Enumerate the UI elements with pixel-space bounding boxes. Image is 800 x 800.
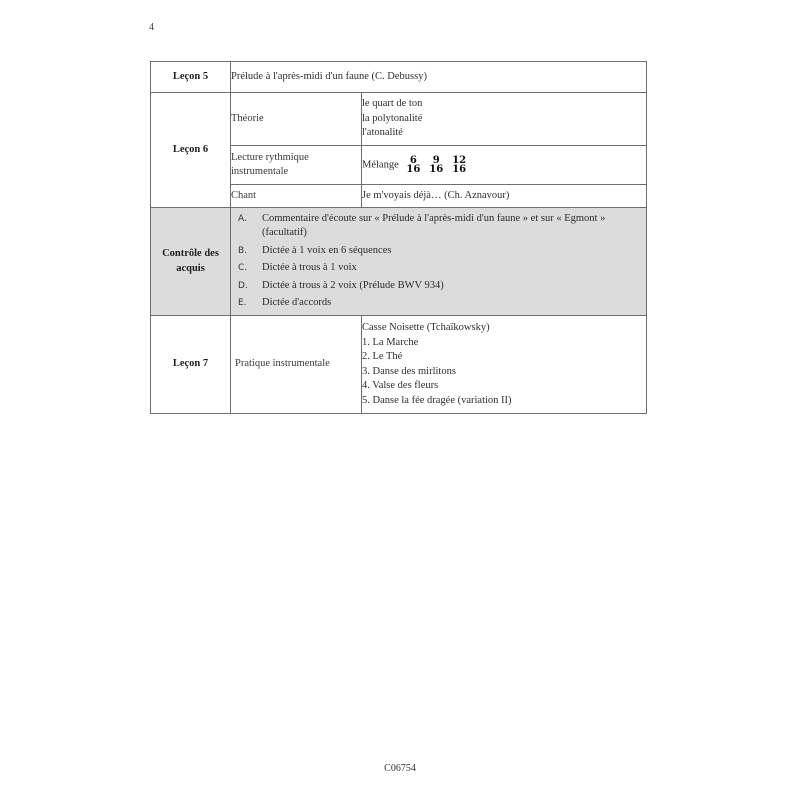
time-signature: 6 16 [406, 156, 420, 174]
time-signatures: 6 16 9 16 12 16 [406, 156, 466, 174]
ts-denominator: 16 [406, 165, 420, 174]
item-letter: A. [231, 212, 262, 241]
item-letter: E. [231, 296, 262, 311]
lesson-label-7: Leçon 7 [151, 316, 231, 414]
chant-content: Je m'voyais déjà… (Ch. Aznavour) [362, 185, 647, 208]
list-item: C.Dictée à trous à 1 voix [231, 261, 638, 276]
item-text: Dictée à 1 voix en 6 séquences [262, 244, 638, 259]
lesson-label-6: Leçon 6 [151, 93, 231, 208]
piece-line: 5. Danse la fée dragée (variation II) [362, 394, 646, 409]
topic-chant: Chant [231, 185, 362, 208]
table-row-controle: Contrôle des acquis A.Commentaire d'écou… [151, 208, 647, 316]
piece-line: 3. Danse des mirlitons [362, 365, 646, 380]
item-text: Dictée à trous à 2 voix (Prélude BWV 934… [262, 279, 638, 294]
list-item: D.Dictée à trous à 2 voix (Prélude BWV 9… [231, 279, 638, 294]
lecon-7-content: Casse Noisette (Tchaïkowsky) 1. La March… [362, 316, 647, 414]
theorie-content: le quart de ton la polytonalité l'atonal… [362, 93, 647, 146]
item-letter: C. [231, 261, 262, 276]
table-row-theorie: Leçon 6 Théorie le quart de ton la polyt… [151, 93, 647, 146]
list-item: B.Dictée à 1 voix en 6 séquences [231, 244, 638, 259]
ts-denominator: 16 [452, 165, 466, 174]
lesson-table: Leçon 5 Prélude à l'après-midi d'un faun… [150, 61, 647, 414]
lecture-prefix: Mélange [362, 159, 399, 170]
table-row-lecon-5: Leçon 5 Prélude à l'après-midi d'un faun… [151, 62, 647, 93]
controle-list: A.Commentaire d'écoute sur « Prélude à l… [231, 212, 646, 311]
topic-theorie: Théorie [231, 93, 362, 146]
list-item: E.Dictée d'accords [231, 296, 638, 311]
ts-denominator: 16 [429, 165, 443, 174]
lecon-5-content: Prélude à l'après-midi d'un faune (C. De… [231, 62, 647, 93]
piece-line: 2. Le Thé [362, 350, 646, 365]
piece-line: Casse Noisette (Tchaïkowsky) [362, 321, 646, 336]
time-signature: 9 16 [429, 156, 443, 174]
controle-label: Contrôle des acquis [151, 208, 231, 316]
item-text: Dictée à trous à 1 voix [262, 261, 638, 276]
topic-pratique: Pratique instrumentale [231, 316, 362, 414]
table-row-lecon-7: Leçon 7 Pratique instrumentale Casse Noi… [151, 316, 647, 414]
lesson-label-5: Leçon 5 [151, 62, 231, 93]
theorie-line: le quart de ton [362, 97, 646, 112]
item-text: Commentaire d'écoute sur « Prélude à l'a… [262, 212, 638, 241]
footer-code: C06754 [0, 763, 800, 774]
piece-line: 4. Valse des fleurs [362, 379, 646, 394]
topic-lecture-rythmique: Lecture rythmique instrumentale [231, 146, 362, 185]
lecture-content: Mélange 6 16 9 16 12 16 [362, 146, 647, 185]
list-item: A.Commentaire d'écoute sur « Prélude à l… [231, 212, 638, 241]
theorie-line: la polytonalité [362, 112, 646, 127]
page-number: 4 [149, 22, 154, 33]
theorie-line: l'atonalité [362, 126, 646, 141]
piece-line: 1. La Marche [362, 336, 646, 351]
controle-content: A.Commentaire d'écoute sur « Prélude à l… [231, 208, 647, 316]
time-signature: 12 16 [452, 156, 466, 174]
item-letter: D. [231, 279, 262, 294]
item-letter: B. [231, 244, 262, 259]
item-text: Dictée d'accords [262, 296, 638, 311]
